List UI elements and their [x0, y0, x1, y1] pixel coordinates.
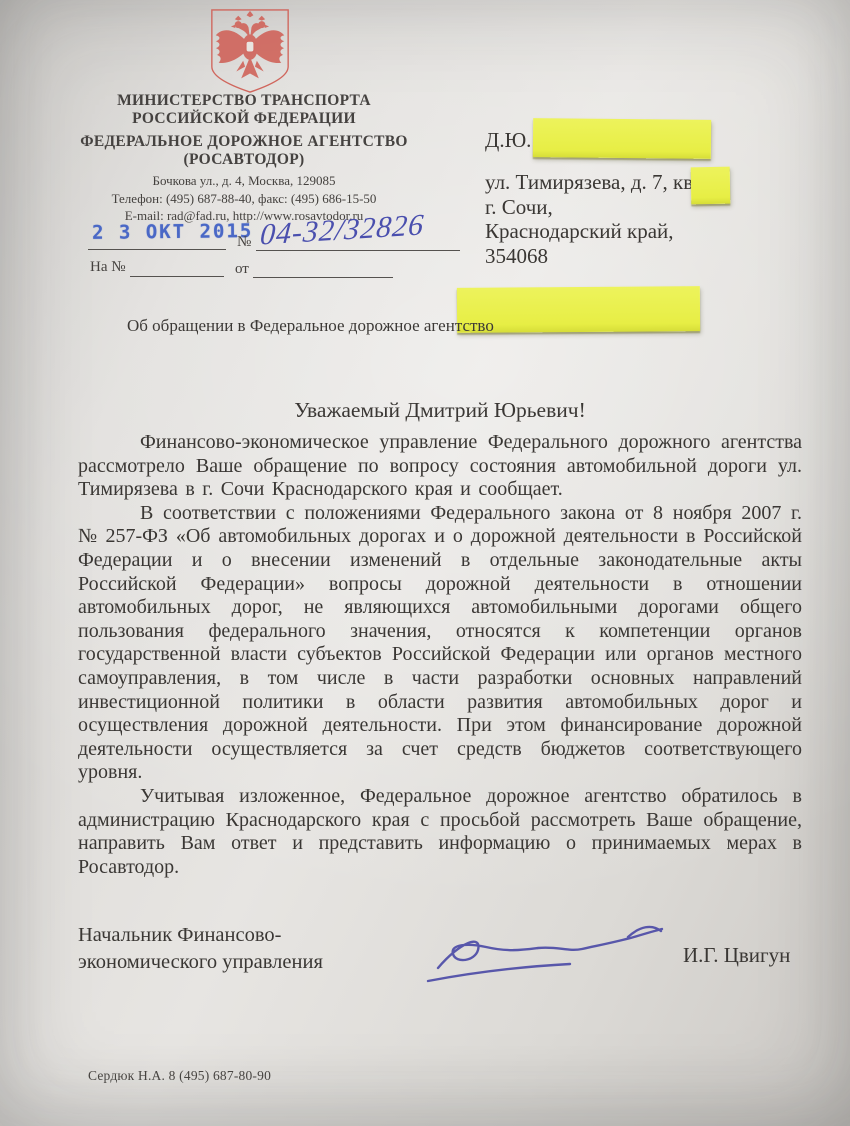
postal-address: Бочкова ул., д. 4, Москва, 129085: [53, 172, 435, 190]
number-underline: [256, 250, 460, 251]
greeting: Уважаемый Дмитрий Юрьевич!: [78, 398, 802, 423]
ministry-name: МИНИСТЕРСТВО ТРАНСПОРТА РОССИЙСКОЙ ФЕДЕР…: [53, 92, 435, 128]
body-paragraph-3: Учитывая изложенное, Федеральное дорожно…: [78, 785, 802, 879]
letter-body: Финансово-экономическое управление Федер…: [78, 431, 802, 879]
number-sign-label: №: [237, 234, 251, 251]
addressee-street: ул. Тимирязева, д. 7, кв.: [485, 170, 698, 195]
signer-position-line1: Начальник Финансово-: [78, 922, 323, 949]
body-paragraph-1: Финансово-экономическое управление Федер…: [78, 431, 802, 502]
addressee-region: Краснодарский край,: [485, 219, 698, 244]
scanned-letter-page: МИНИСТЕРСТВО ТРАНСПОРТА РОССИЙСКОЙ ФЕДЕР…: [0, 0, 850, 1126]
redaction-sticker-name: [533, 118, 711, 159]
signer-position: Начальник Финансово- экономического упра…: [78, 922, 323, 976]
from-date-underline: [253, 277, 393, 278]
addressee-city: г. Сочи,: [485, 195, 698, 220]
date-underline: [88, 249, 226, 250]
ministry-name-line2: РОССИЙСКОЙ ФЕДЕРАЦИИ: [53, 110, 435, 128]
body-paragraph-2: В соответствии с положениями Федеральног…: [78, 502, 802, 785]
addressee-postcode: 354068: [485, 244, 698, 269]
coat-of-arms-icon: [204, 6, 296, 96]
addressee-initials: Д.Ю.: [485, 128, 531, 153]
from-date-label: от: [235, 261, 249, 278]
ministry-name-line1: МИНИСТЕРСТВО ТРАНСПОРТА: [53, 92, 435, 110]
signer-name: И.Г. Цвигун: [683, 943, 790, 968]
handwritten-signature: [420, 916, 675, 990]
date-stamp: 2 3 ОКТ 2015: [92, 220, 254, 244]
in-reply-to-label: На №: [90, 259, 126, 276]
agency-name-line1: ФЕДЕРАЛЬНОЕ ДОРОЖНОЕ АГЕНТСТВО: [33, 133, 455, 151]
redaction-sticker-apartment: [691, 167, 731, 205]
addressee-address: ул. Тимирязева, д. 7, кв. г. Сочи, Красн…: [485, 170, 698, 268]
phone-fax: Телефон: (495) 687-88-40, факс: (495) 68…: [53, 190, 435, 208]
executor-contact: Сердюк Н.А. 8 (495) 687-80-90: [88, 1068, 271, 1084]
agency-name-line2: (РОСАВТОДОР): [33, 151, 455, 169]
agency-name: ФЕДЕРАЛЬНОЕ ДОРОЖНОЕ АГЕНТСТВО (РОСАВТОД…: [33, 133, 455, 169]
in-reply-underline: [130, 276, 224, 277]
subject-line: Об обращении в Федеральное дорожное аген…: [127, 316, 494, 336]
signer-position-line2: экономического управления: [78, 949, 323, 976]
